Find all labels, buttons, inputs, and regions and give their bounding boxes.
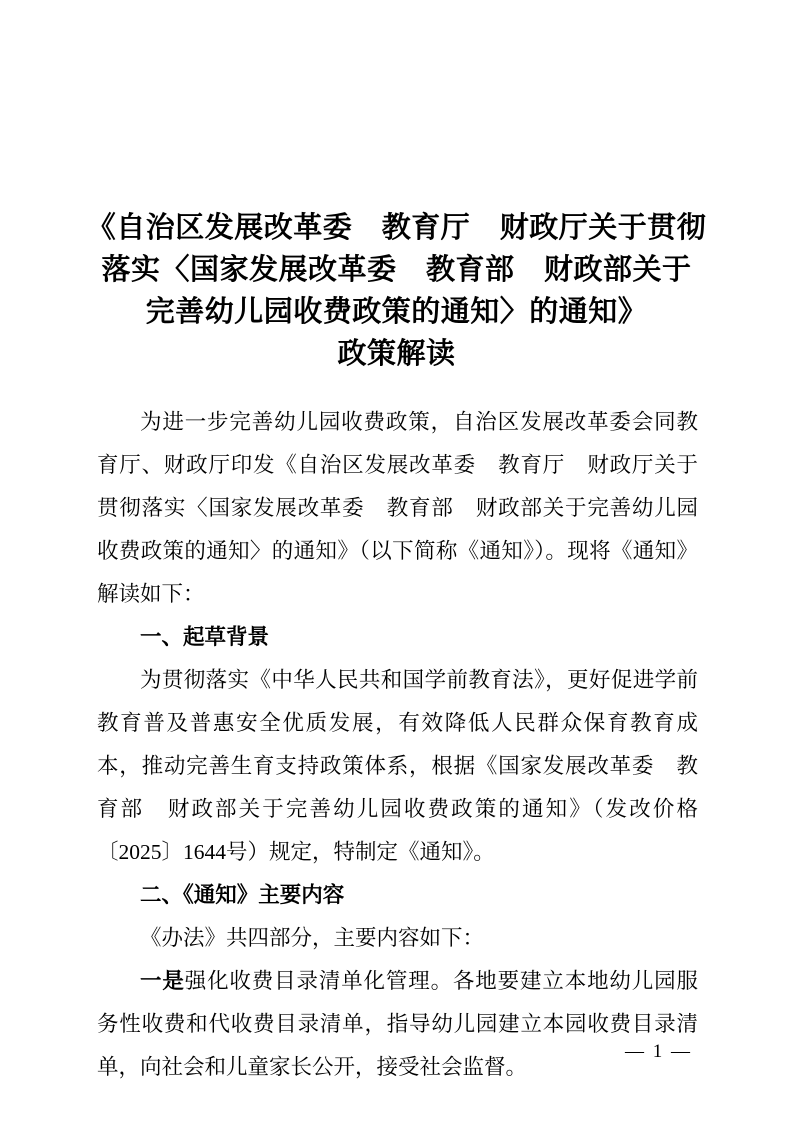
bold-run: 一是 (140, 969, 185, 993)
page-number: — 1 — (625, 1041, 692, 1063)
paragraph: 为进一步完善幼儿园收费政策，自治区发展改革委会同教育厅、财政厅印发《自治区发展改… (97, 401, 698, 616)
document-title: 《自治区发展改革委 教育厅 财政厅关于贯彻落实〈国家发展改革委 教育部 财政部关… (0, 207, 793, 375)
paragraph: 一是强化收费目录清单化管理。各地要建立本地幼儿园服务性收费和代收费目录清单，指导… (97, 960, 698, 1089)
title-line: 政策解读 (0, 333, 793, 375)
text-run: 强化收费目录清单化管理。各地要建立本地幼儿园服务性收费和代收费目录清单，指导幼儿… (97, 969, 698, 1079)
bold-run: 二、《通知》主要内容 (140, 883, 344, 907)
document-body: 为进一步完善幼儿园收费政策，自治区发展改革委会同教育厅、财政厅印发《自治区发展改… (97, 401, 698, 1089)
text-run: 为贯彻落实《中华人民共和国学前教育法》，更好促进学前教育普及普惠安全优质发展，有… (97, 668, 698, 864)
section-heading: 一、起草背景 (97, 616, 698, 659)
document-page: 《自治区发展改革委 教育厅 财政厅关于贯彻落实〈国家发展改革委 教育部 财政部关… (0, 0, 793, 1122)
title-line: 《自治区发展改革委 教育厅 财政厅关于贯彻 (0, 207, 793, 249)
title-line: 落实〈国家发展改革委 教育部 财政部关于 (0, 249, 793, 291)
text-run: 为进一步完善幼儿园收费政策，自治区发展改革委会同教育厅、财政厅印发《自治区发展改… (97, 410, 698, 606)
bold-run: 一、起草背景 (140, 625, 269, 649)
text-run: 《办法》共四部分，主要内容如下： (140, 926, 484, 950)
section-heading: 二、《通知》主要内容 (97, 874, 698, 917)
title-line: 完善幼儿园收费政策的通知〉的通知》 (0, 291, 793, 333)
paragraph: 《办法》共四部分，主要内容如下： (97, 917, 698, 960)
paragraph: 为贯彻落实《中华人民共和国学前教育法》，更好促进学前教育普及普惠安全优质发展，有… (97, 659, 698, 874)
